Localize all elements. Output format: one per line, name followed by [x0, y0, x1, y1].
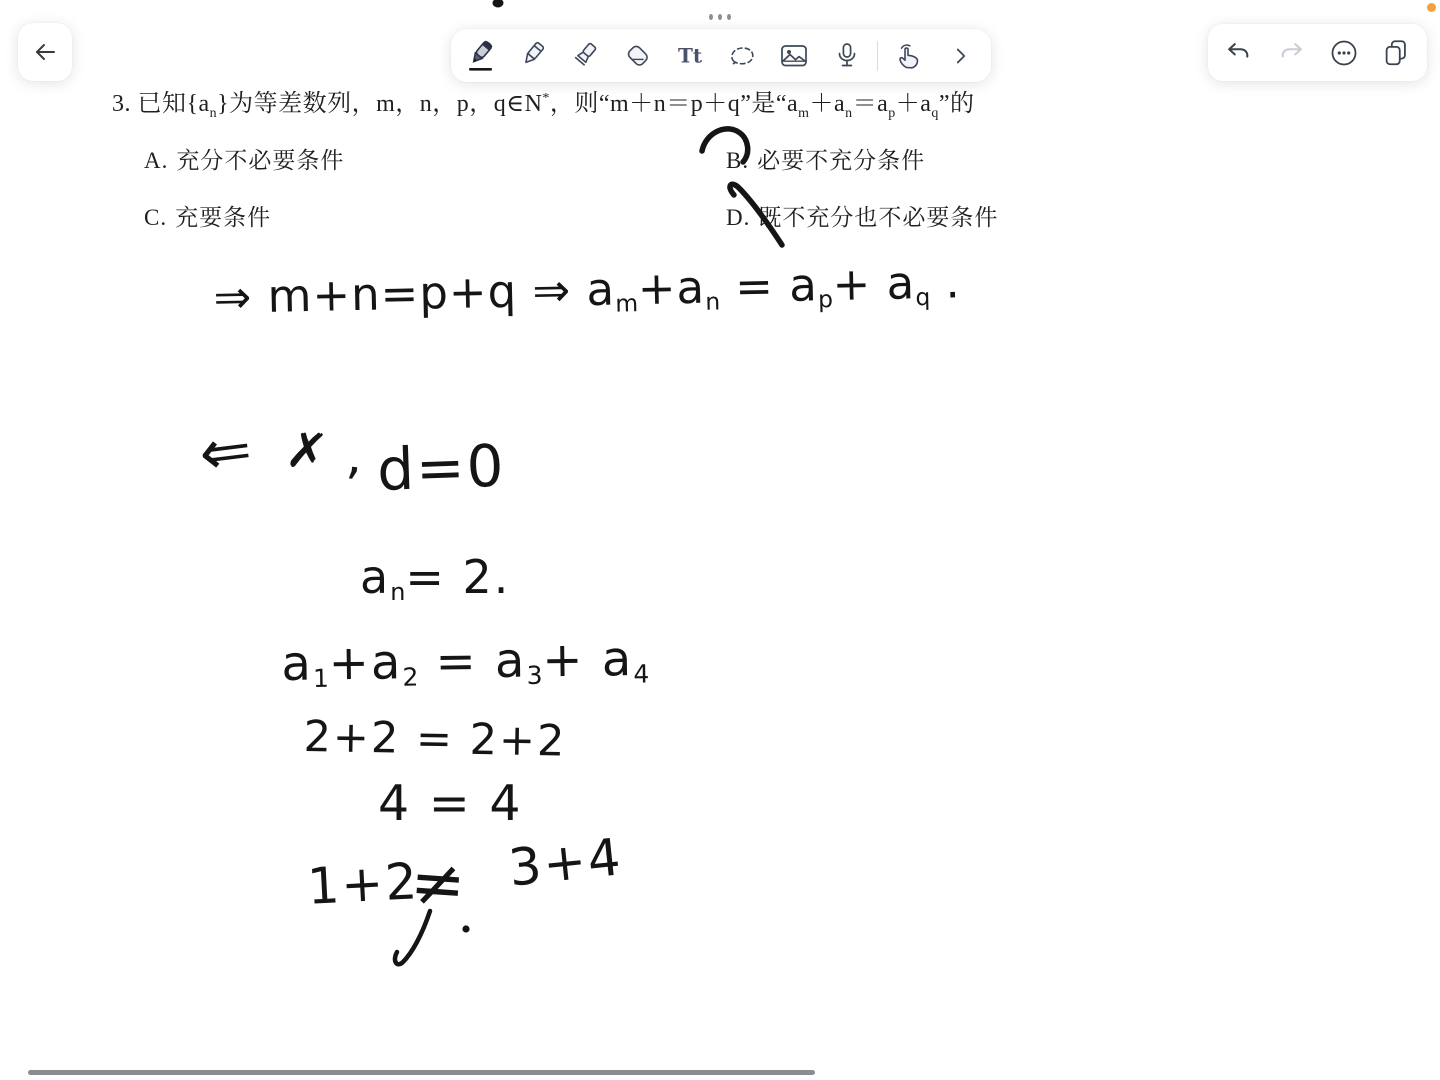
redo-icon — [1276, 38, 1306, 68]
eraser-tool-button[interactable] — [616, 33, 660, 79]
text-tool-button[interactable]: Tt — [668, 33, 712, 79]
status-indicator-dot — [1427, 3, 1436, 12]
highlighter-tool-button[interactable] — [564, 33, 608, 79]
undo-icon — [1224, 38, 1254, 68]
handwriting-counterexample-left: 1+2 — [306, 852, 420, 916]
drag-dot — [718, 14, 722, 21]
handwriting-cross-mark: ✗ , — [283, 420, 368, 486]
option-c: C.充要条件 — [144, 199, 271, 232]
eraser-icon — [622, 40, 654, 72]
handwriting-an-equals-two: an= 2. — [360, 550, 510, 606]
pen-icon — [465, 40, 497, 72]
redo-button[interactable] — [1269, 30, 1313, 76]
drag-dot — [727, 14, 731, 21]
toolbar-divider — [877, 41, 879, 71]
stray-ink-blob-top — [493, 0, 504, 8]
handwriting-d-equals-zero: d=0 — [376, 432, 507, 504]
handwriting-not-equal-sign: ≠ — [408, 843, 471, 924]
ink-dot-after-not-equal — [462, 925, 469, 932]
lasso-icon — [726, 40, 758, 72]
option-b: B.必要不充分条件 — [726, 142, 925, 175]
handwriting-numeric-check: 2+2 = 2+2 — [303, 712, 567, 767]
option-a-label: A. — [144, 148, 168, 173]
microphone-tool-button[interactable] — [825, 33, 869, 79]
option-a-text: 充分不必要条件 — [176, 148, 344, 173]
handwriting-sum-example: a1+a2 = a3+ a4 — [281, 631, 649, 694]
handwriting-four-equals-four: 4 = 4 — [378, 775, 523, 832]
microphone-icon — [831, 40, 863, 72]
back-button[interactable] — [18, 23, 72, 81]
expand-tools-button[interactable] — [939, 33, 983, 79]
text-tool-glyph: Tt — [678, 43, 703, 67]
problem-statement: 3. 已知{an}为等差数列，m，n，p，q∈N*，则“m＋n＝p＋q”是“am… — [112, 83, 974, 122]
image-icon — [778, 40, 810, 72]
pen-tool-button[interactable] — [459, 33, 503, 79]
pointer-hand-icon — [893, 40, 925, 72]
pencil-icon — [517, 40, 549, 72]
more-options-button[interactable] — [1322, 30, 1366, 76]
option-c-label: C. — [144, 205, 167, 230]
option-d-text: 既不充分也不必要条件 — [758, 205, 998, 230]
option-d: D.既不充分也不必要条件 — [726, 199, 998, 232]
horizontal-scrollbar[interactable] — [28, 1070, 815, 1075]
option-d-label: D. — [726, 205, 750, 230]
pages-icon — [1381, 38, 1411, 68]
pages-overview-button[interactable] — [1374, 30, 1418, 76]
chevron-right-icon — [948, 43, 974, 69]
text-tool-icon: Tt — [674, 40, 706, 72]
action-panel — [1208, 24, 1427, 81]
handwriting-reverse-arrow: ⇐ — [195, 411, 257, 490]
option-b-text: 必要不充分条件 — [757, 148, 925, 173]
pencil-tool-button[interactable] — [511, 33, 555, 79]
option-b-label: B. — [726, 148, 749, 173]
more-ellipsis-icon — [1328, 37, 1360, 69]
option-a: A.充分不必要条件 — [144, 142, 344, 175]
toolbar-drag-handle[interactable] — [703, 12, 737, 22]
option-c-text: 充要条件 — [175, 205, 271, 230]
pointer-tool-button[interactable] — [887, 33, 931, 79]
drag-dot — [709, 14, 713, 21]
undo-button[interactable] — [1217, 30, 1261, 76]
note-page-canvas[interactable]: 3. 已知{an}为等差数列，m，n，p，q∈N*，则“m＋n＝p＋q”是“am… — [0, 0, 1440, 1080]
handwriting-forward-derivation: ⇒ m+n=p+q ⇒ am+an = ap+ aq . — [213, 255, 961, 326]
handwriting-counterexample-right: 3+4 — [506, 828, 625, 899]
highlighter-icon — [570, 40, 602, 72]
lasso-tool-button[interactable] — [720, 33, 764, 79]
arrow-left-icon — [29, 36, 61, 68]
image-tool-button[interactable] — [772, 33, 816, 79]
tool-palette: Tt — [451, 29, 991, 82]
